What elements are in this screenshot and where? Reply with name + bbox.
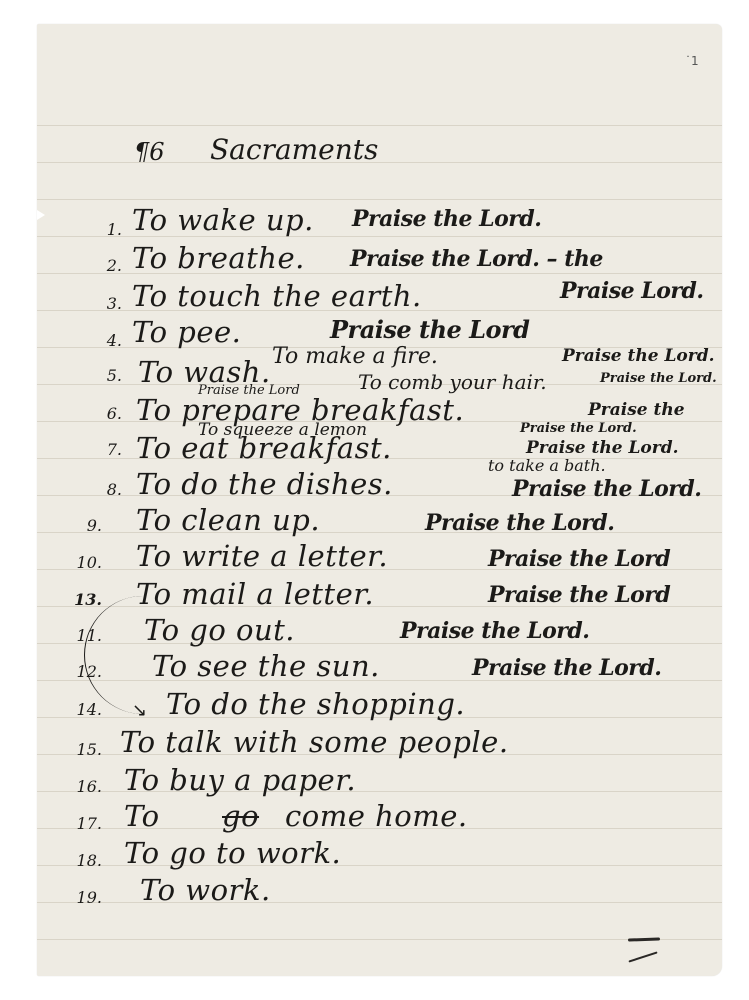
item-number: 19. [62, 890, 102, 906]
item-praise: Praise the Lord. [526, 440, 679, 457]
item-text: To pee. [132, 318, 241, 347]
item-text: To go out. [144, 616, 295, 645]
item-number: 4. [82, 333, 122, 349]
item-number: 6. [82, 406, 122, 422]
item-insert: to take a bath. [488, 458, 606, 474]
item-text: To talk with some people. [120, 728, 509, 757]
item-praise: Praise the Lord [488, 548, 670, 570]
item-number: 8. [82, 482, 122, 498]
torn-edge-notch [37, 210, 45, 220]
item-number: 7. [82, 442, 122, 458]
ruled-line [37, 125, 722, 126]
item-praise: Praise the Lord. [425, 512, 614, 534]
item-number: 16. [62, 779, 102, 795]
item-number: 5. [82, 368, 122, 384]
item-text: To buy a paper. [124, 766, 356, 795]
item-praise: Praise the [588, 402, 685, 419]
item-praise: Praise Lord. [560, 280, 704, 302]
item-number: 3. [82, 296, 122, 312]
item-number: 15. [62, 742, 102, 758]
item-insert-praise: Praise the Lord. [520, 422, 637, 435]
item-insert-praise: Praise the Lord. [600, 372, 717, 385]
item-text: To work. [140, 876, 271, 905]
item-praise: Praise the Lord [488, 584, 670, 606]
item-number: 10. [62, 555, 102, 571]
item-praise: Praise the Lord [330, 318, 529, 342]
item-text: To do the dishes. [136, 470, 393, 499]
item-praise: Praise the Lord. [512, 478, 701, 500]
item-text: To go to work. [124, 839, 341, 868]
item-praise: Praise the Lord. [400, 620, 589, 642]
item-text: To clean up. [136, 506, 320, 535]
ruled-line [37, 939, 722, 940]
item-praise: Praise the Lord. [352, 208, 541, 230]
item-number: 2. [82, 258, 122, 274]
item-praise: Praise the Lord. – the [350, 248, 603, 270]
item-text-after: come home. [285, 802, 468, 831]
item-number: 13. [62, 592, 102, 608]
item-text: To breathe. [132, 244, 305, 273]
item-text: To wake up. [132, 206, 314, 235]
item-text: To write a letter. [136, 542, 388, 571]
item-praise: Praise the Lord. [472, 657, 661, 679]
page-title: Sacraments [210, 136, 378, 164]
item-number: 9. [62, 518, 102, 534]
item-struck-word: go [222, 802, 259, 831]
item-number: 17. [62, 816, 102, 832]
item-number: 14. [62, 702, 102, 718]
item-text: To [124, 802, 160, 831]
reorder-arrow-icon: ↘ [132, 700, 147, 721]
item-number: 1. [82, 222, 122, 238]
item-text: To do the shopping. [166, 690, 465, 719]
item-insert: To make a fire. [272, 346, 438, 368]
item-insert-praise: Praise the Lord. [562, 348, 715, 365]
item-text: To touch the earth. [132, 282, 422, 311]
corner-mark: ˙1 [685, 54, 699, 68]
section-mark: ¶6 [134, 140, 165, 164]
item-text: To see the sun. [152, 652, 380, 681]
item-text: To eat breakfast. [136, 434, 392, 463]
ruled-line [37, 199, 722, 200]
item-text: To mail a letter. [136, 580, 374, 609]
item-insert: To comb your hair. [358, 372, 547, 392]
item-number: 18. [62, 853, 102, 869]
